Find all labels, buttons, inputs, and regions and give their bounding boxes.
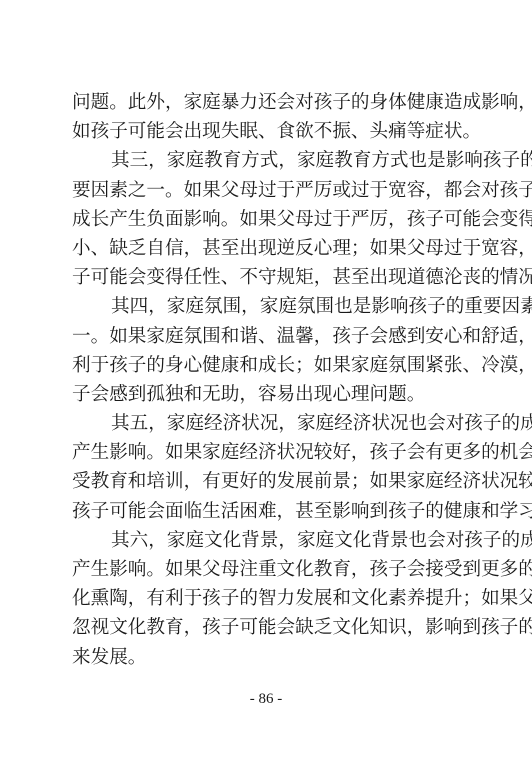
text-line: 产生影响。如果家庭经济状况较好，孩子会有更多的机会接 xyxy=(72,438,462,467)
text-line: 成长产生负面影响。如果父母过于严厉，孩子可能会变得胆 xyxy=(72,205,462,234)
text-line: 小、缺乏自信，甚至出现逆反心理；如果父母过于宽容，孩 xyxy=(72,234,462,263)
text-line: 一。如果家庭氛围和谐、温馨，孩子会感到安心和舒适，有 xyxy=(72,322,462,351)
text-line: 问题。此外，家庭暴力还会对孩子的身体健康造成影响，例 xyxy=(72,88,462,117)
paragraph-cultural-background: 其六，家庭文化背景，家庭文化背景也会对孩子的成长 产生影响。如果父母注重文化教育… xyxy=(72,526,462,672)
document-page-body: 问题。此外，家庭暴力还会对孩子的身体健康造成影响，例 如孩子可能会出现失眠、食欲… xyxy=(72,88,462,672)
text-line: 子可能会变得任性、不守规矩，甚至出现道德沦丧的情况。 xyxy=(72,263,462,292)
paragraph-education-style: 其三，家庭教育方式，家庭教育方式也是影响孩子的重 要因素之一。如果父母过于严厉或… xyxy=(72,146,462,292)
text-line: 孩子可能会面临生活困难，甚至影响到孩子的健康和学习。 xyxy=(72,497,462,526)
text-line: 如孩子可能会出现失眠、食欲不振、头痛等症状。 xyxy=(72,117,462,146)
paragraph-economic-status: 其五，家庭经济状况，家庭经济状况也会对孩子的成长 产生影响。如果家庭经济状况较好… xyxy=(72,409,462,526)
text-line: 要因素之一。如果父母过于严厉或过于宽容，都会对孩子的 xyxy=(72,176,462,205)
text-line: 忽视文化教育，孩子可能会缺乏文化知识，影响到孩子的未 xyxy=(72,613,462,642)
text-line: 产生影响。如果父母注重文化教育，孩子会接受到更多的文 xyxy=(72,555,462,584)
paragraph-family-violence-continued: 问题。此外，家庭暴力还会对孩子的身体健康造成影响，例 如孩子可能会出现失眠、食欲… xyxy=(72,88,462,146)
page-number: - 86 - xyxy=(0,691,532,708)
text-line: 其三，家庭教育方式，家庭教育方式也是影响孩子的重 xyxy=(72,146,462,175)
text-line: 其四，家庭氛围，家庭氛围也是影响孩子的重要因素之 xyxy=(72,292,462,321)
text-line: 化熏陶，有利于孩子的智力发展和文化素养提升；如果父母 xyxy=(72,584,462,613)
text-line: 子会感到孤独和无助，容易出现心理问题。 xyxy=(72,380,462,409)
text-line: 其六，家庭文化背景，家庭文化背景也会对孩子的成长 xyxy=(72,526,462,555)
text-line: 利于孩子的身心健康和成长；如果家庭氛围紧张、冷漠，孩 xyxy=(72,351,462,380)
paragraph-family-atmosphere: 其四，家庭氛围，家庭氛围也是影响孩子的重要因素之 一。如果家庭氛围和谐、温馨，孩… xyxy=(72,292,462,409)
text-line: 来发展。 xyxy=(72,643,462,672)
text-line: 受教育和培训，有更好的发展前景；如果家庭经济状况较差， xyxy=(72,467,462,496)
text-line: 其五，家庭经济状况，家庭经济状况也会对孩子的成长 xyxy=(72,409,462,438)
